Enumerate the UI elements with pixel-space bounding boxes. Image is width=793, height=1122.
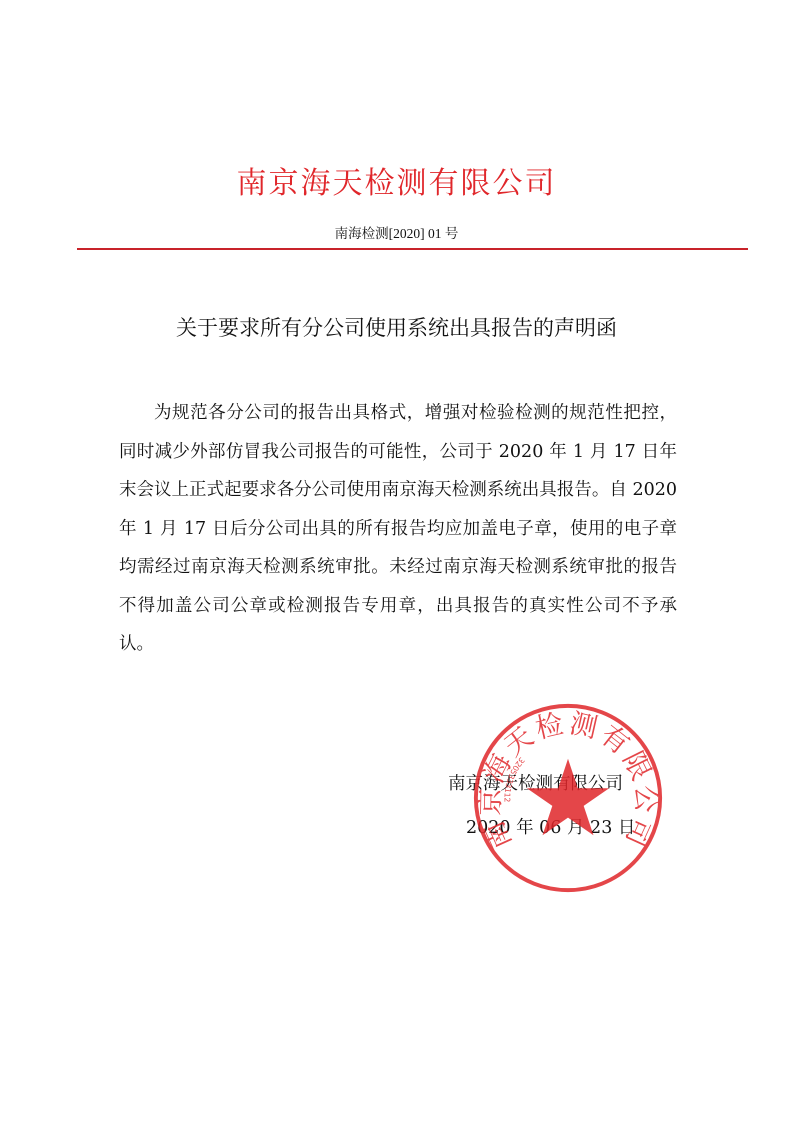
company-seal-icon: 南京海天检测有限公司 3205333112: [470, 700, 666, 896]
document-body: 为规范各分公司的报告出具格式，增强对检验检测的规范性把控，同时减少外部仿冒我公司…: [119, 394, 677, 664]
company-title: 南京海天检测有限公司: [0, 158, 793, 202]
document-subject: 关于要求所有分公司使用系统出具报告的声明函: [0, 312, 793, 342]
document-number: 南海检测[2020] 01 号: [0, 222, 793, 242]
header-divider: [77, 248, 748, 250]
body-paragraph: 为规范各分公司的报告出具格式，增强对检验检测的规范性把控，同时减少外部仿冒我公司…: [119, 394, 677, 664]
